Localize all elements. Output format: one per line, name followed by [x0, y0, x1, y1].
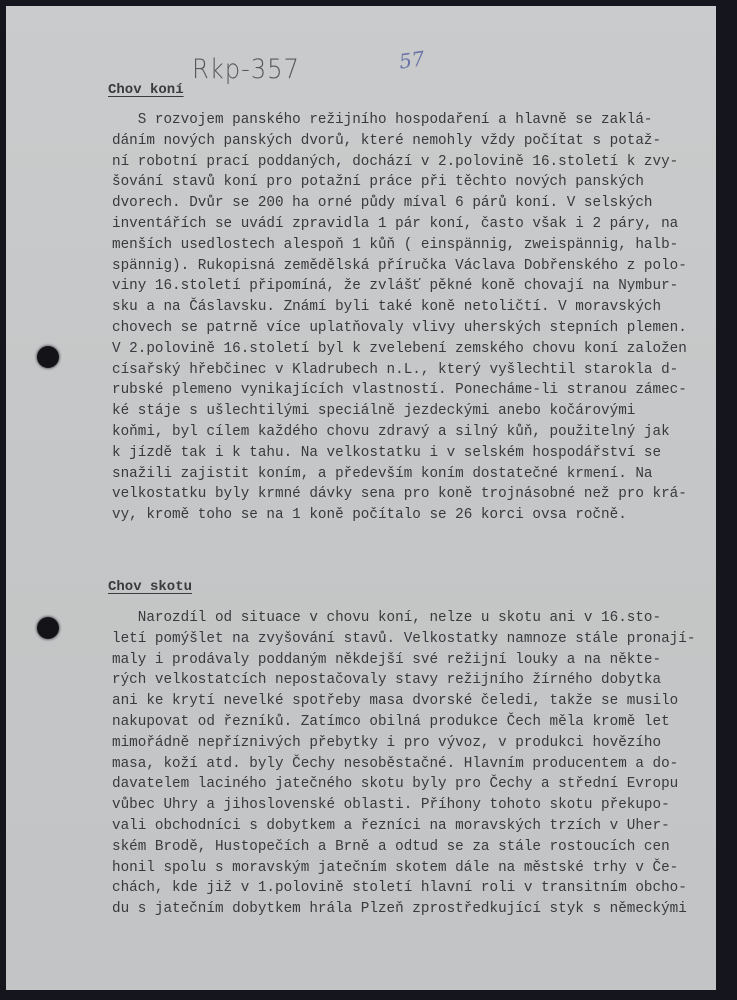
text-line: honil spolu s moravským jatečním skotem …: [112, 858, 712, 879]
text-line: dvorech. Dvůr se 200 ha orné půdy míval …: [112, 193, 712, 214]
text-line: rubské plemeno vynikajících vlastností. …: [112, 380, 712, 401]
text-line: ani ke krytí nevelké spotřeby masa dvors…: [112, 691, 712, 712]
text-line: velkostatku byly krmné dávky sena pro ko…: [112, 484, 712, 505]
document-page: Rkp-357 57 Chov koní S rozvojem panského…: [6, 6, 716, 990]
section-heading-cattle: Chov skotu: [108, 579, 192, 595]
text-line: menších usedlostech alespoň 1 kůň ( eins…: [112, 235, 712, 256]
section-heading-horses: Chov koní: [108, 82, 184, 98]
punch-hole-lower: [37, 617, 59, 639]
text-line: spännig). Rukopisná zemědělská příručka …: [112, 256, 712, 277]
text-line: maly i prodávaly poddaným někdejší své r…: [112, 650, 712, 671]
text-line: inventářích se uvádí zpravidla 1 pár kon…: [112, 214, 712, 235]
text-line: chách, kde již v 1.polovině století hlav…: [112, 878, 712, 899]
text-line: letí pomýšlet na zvyšování stavů. Velkos…: [112, 629, 712, 650]
handwritten-folio-number: 57: [397, 46, 426, 73]
text-line: k jízdě tak i k tahu. Na velkostatku i v…: [112, 443, 712, 464]
section-body-cattle: Narozdíl od situace v chovu koní, nelze …: [112, 608, 712, 920]
punch-hole-upper: [37, 346, 59, 368]
text-line: chovech se patrně více uplatňovaly vlivy…: [112, 318, 712, 339]
text-line: S rozvojem panského režijního hospodařen…: [112, 110, 712, 131]
text-line: masa, koží atd. byly Čechy nesoběstačné.…: [112, 754, 712, 775]
text-line: nakupovat od řezníků. Zatímco obilná pro…: [112, 712, 712, 733]
text-line: rých velkostatcích nepostačovaly stavy r…: [112, 670, 712, 691]
text-line: V 2.polovině 16.století byl k zvelebení …: [112, 339, 712, 360]
text-line: vali obchodníci s dobytkem a řezníci na …: [112, 816, 712, 837]
text-line: du s jatečním dobytkem hrála Plzeň zpros…: [112, 899, 712, 920]
text-line: vůbec Uhry a jihoslovenské oblasti. Příh…: [112, 795, 712, 816]
text-line: ké stáje s ušlechtilými speciálně jezdec…: [112, 401, 712, 422]
text-line: vy, kromě toho se na 1 koně počítalo se …: [112, 505, 712, 526]
text-line: koňmi, byl cílem každého chovu zdravý a …: [112, 422, 712, 443]
text-line: mimořádně nepříznivých přebytky i pro vý…: [112, 733, 712, 754]
text-line: císařský hřebčinec v Kladrubech n.L., kt…: [112, 360, 712, 381]
text-line: viny 16.století připomíná, že zvlášť pěk…: [112, 276, 712, 297]
text-line: sku a na Čáslavsku. Známí byli také koně…: [112, 297, 712, 318]
archive-stamp: Rkp-357: [192, 54, 300, 85]
section-body-horses: S rozvojem panského režijního hospodařen…: [112, 110, 712, 526]
text-line: davatelem laciného jatečného skotu byly …: [112, 774, 712, 795]
text-line: dáním nových panských dvorů, které nemoh…: [112, 131, 712, 152]
text-line: šování stavů koní pro potažní práce při …: [112, 172, 712, 193]
text-line: snažili zajistit koním, a především koní…: [112, 464, 712, 485]
text-line: ském Brodě, Hustopečích a Brně a odtud s…: [112, 837, 712, 858]
text-line: Narozdíl od situace v chovu koní, nelze …: [112, 608, 712, 629]
text-line: ní robotní prací poddaných, dochází v 2.…: [112, 152, 712, 173]
